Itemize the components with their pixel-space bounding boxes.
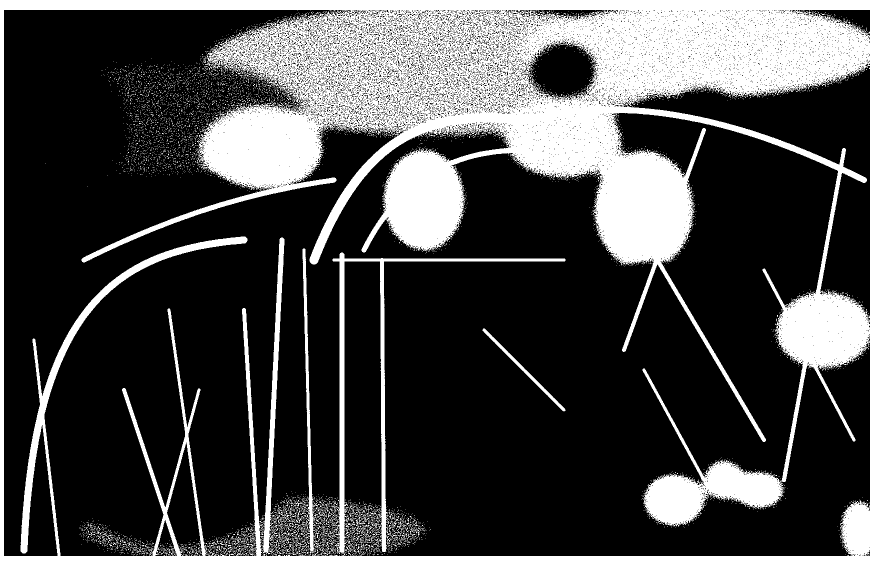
dithered-photo: Dithered black-and-white photograph of a…	[4, 10, 870, 556]
photo-canvas	[4, 10, 870, 556]
